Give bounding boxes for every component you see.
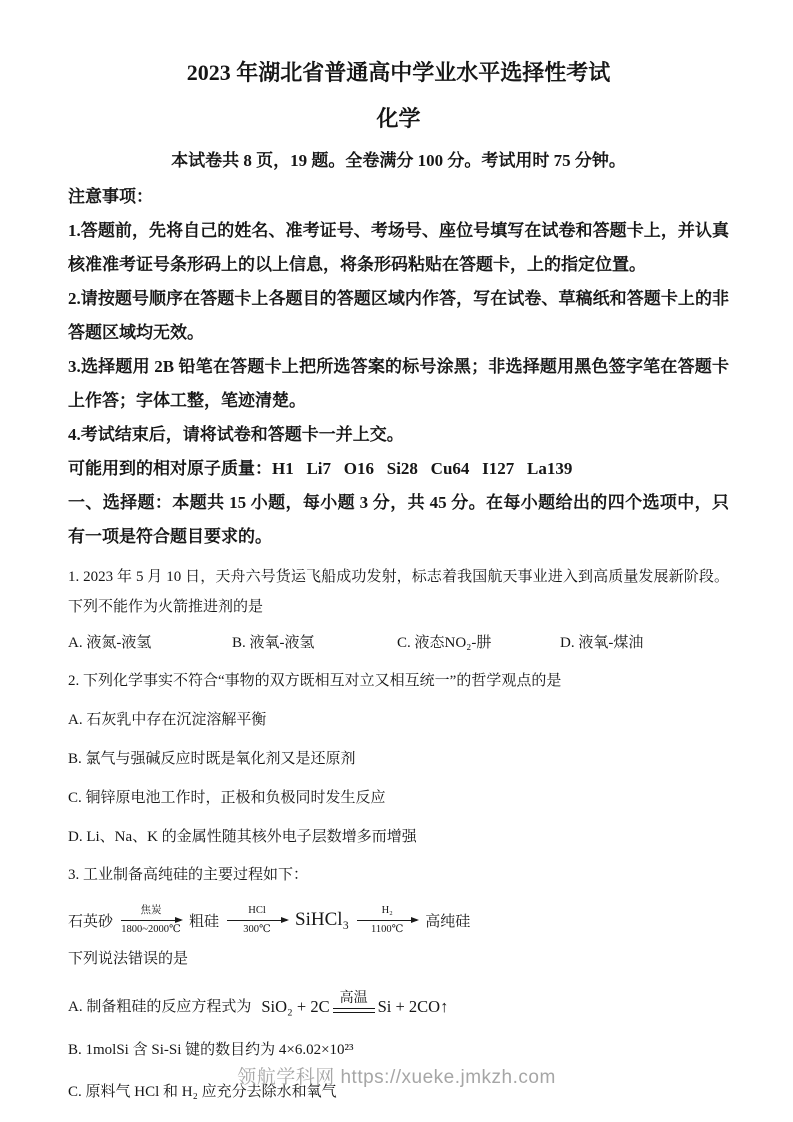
- double-bar-icon: [333, 1008, 375, 1013]
- flow-start-label: 石英砂: [68, 910, 113, 931]
- notice-item-4: 4.考试结束后，请将试卷和答题卡一并上交。: [68, 418, 729, 452]
- arrow-3-line: [357, 920, 417, 921]
- arrow-1-reagent: 焦炭: [141, 904, 162, 917]
- exam-subject: 化学: [68, 104, 729, 134]
- arrow-2-condition: 300℃: [243, 923, 271, 936]
- flow-product-1: 粗硅: [189, 910, 219, 931]
- q1-option-a: A. 液氮-液氢: [68, 628, 232, 658]
- reaction-arrow-1: 焦炭 1800~2000℃: [119, 904, 183, 936]
- silicon-process-flow-diagram: 石英砂 焦炭 1800~2000℃ 粗硅 HCl 300℃ SiHCl₃ H₂ …: [68, 904, 729, 936]
- condition-label: 高温: [340, 990, 368, 1007]
- arrow-3-condition: 1100℃: [371, 923, 403, 936]
- q1-option-d: D. 液氧-煤油: [560, 628, 729, 658]
- exam-title: 2023 年湖北省普通高中学业水平选择性考试: [68, 58, 729, 88]
- section-1-heading: 一、选择题：本题共 15 小题，每小题 3 分，共 45 分。在每小题给出的四个…: [68, 486, 729, 554]
- q3-option-a-rhs: Si + 2CO↑: [378, 995, 449, 1019]
- q3-option-a-lhs: SiO₂ + 2C: [261, 995, 329, 1019]
- q3-option-a-prefix: A. 制备粗硅的反应方程式为: [68, 995, 251, 1019]
- question-2-stem: 2. 下列化学事实不符合“事物的双方既相互对立又相互统一”的哲学观点的是: [68, 666, 729, 696]
- site-watermark: 领航学科网 https://xueke.jmkzh.com: [0, 1062, 793, 1089]
- question-1: 1. 2023 年 5 月 10 日，天舟六号货运飞船成功发射，标志着我国航天事…: [68, 562, 729, 658]
- reaction-condition-equals: 高温: [333, 990, 375, 1019]
- q1-option-c: C. 液态NO₂-肼: [397, 628, 560, 658]
- arrow-2-line: [227, 920, 287, 921]
- q3-option-a: A. 制备粗硅的反应方程式为 SiO₂ + 2C 高温 Si + 2CO↑: [68, 990, 729, 1019]
- q2-option-c: C. 铜锌原电池工作时，正极和负极同时发生反应: [68, 783, 729, 813]
- notice-item-2: 2.请按题号顺序在答题卡上各题目的答题区域内作答，写在试卷、草稿纸和答题卡上的非…: [68, 282, 729, 350]
- q2-option-d: D. Li、Na、K 的金属性随其核外电子层数增多而增强: [68, 822, 729, 852]
- question-3-stem: 3. 工业制备高纯硅的主要过程如下：: [68, 860, 729, 890]
- reaction-arrow-3: H₂ 1100℃: [355, 904, 419, 936]
- question-2: 2. 下列化学事实不符合“事物的双方既相互对立又相互统一”的哲学观点的是 A. …: [68, 666, 729, 852]
- q3-option-b: B. 1molSi 含 Si-Si 键的数目约为 4×6.02×10²³: [68, 1035, 729, 1065]
- question-3-prompt: 下列说法错误的是: [68, 944, 729, 974]
- arrow-1-line: [121, 920, 181, 921]
- arrow-2-reagent: HCl: [248, 904, 266, 917]
- arrow-3-reagent: H₂: [382, 904, 393, 917]
- arrow-1-condition: 1800~2000℃: [121, 923, 180, 936]
- flow-product-3: 高纯硅: [425, 910, 470, 931]
- q2-option-b: B. 氯气与强碱反应时既是氧化剂又是还原剂: [68, 744, 729, 774]
- notice-item-1: 1.答题前，先将自己的姓名、准考证号、考场号、座位号填写在试卷和答题卡上，并认真…: [68, 214, 729, 282]
- flow-product-2: SiHCl₃: [295, 909, 349, 931]
- question-1-options: A. 液氮-液氢 B. 液氧-液氢 C. 液态NO₂-肼 D. 液氧-煤油: [68, 628, 729, 658]
- question-1-stem: 1. 2023 年 5 月 10 日，天舟六号货运飞船成功发射，标志着我国航天事…: [68, 562, 729, 622]
- exam-meta: 本试卷共 8 页，19 题。全卷满分 100 分。考试用时 75 分钟。: [68, 148, 729, 174]
- q2-option-a: A. 石灰乳中存在沉淀溶解平衡: [68, 705, 729, 735]
- atomic-masses-line: 可能用到的相对原子质量：H1 Li7 O16 Si28 Cu64 I127 La…: [68, 452, 729, 486]
- exam-page: 2023 年湖北省普通高中学业水平选择性考试 化学 本试卷共 8 页，19 题。…: [0, 0, 793, 1122]
- reaction-arrow-2: HCl 300℃: [225, 904, 289, 936]
- notices-heading: 注意事项：: [68, 180, 729, 214]
- q1-option-b: B. 液氧-液氢: [232, 628, 397, 658]
- notice-item-3: 3.选择题用 2B 铅笔在答题卡上把所选答案的标号涂黑；非选择题用黑色签字笔在答…: [68, 350, 729, 418]
